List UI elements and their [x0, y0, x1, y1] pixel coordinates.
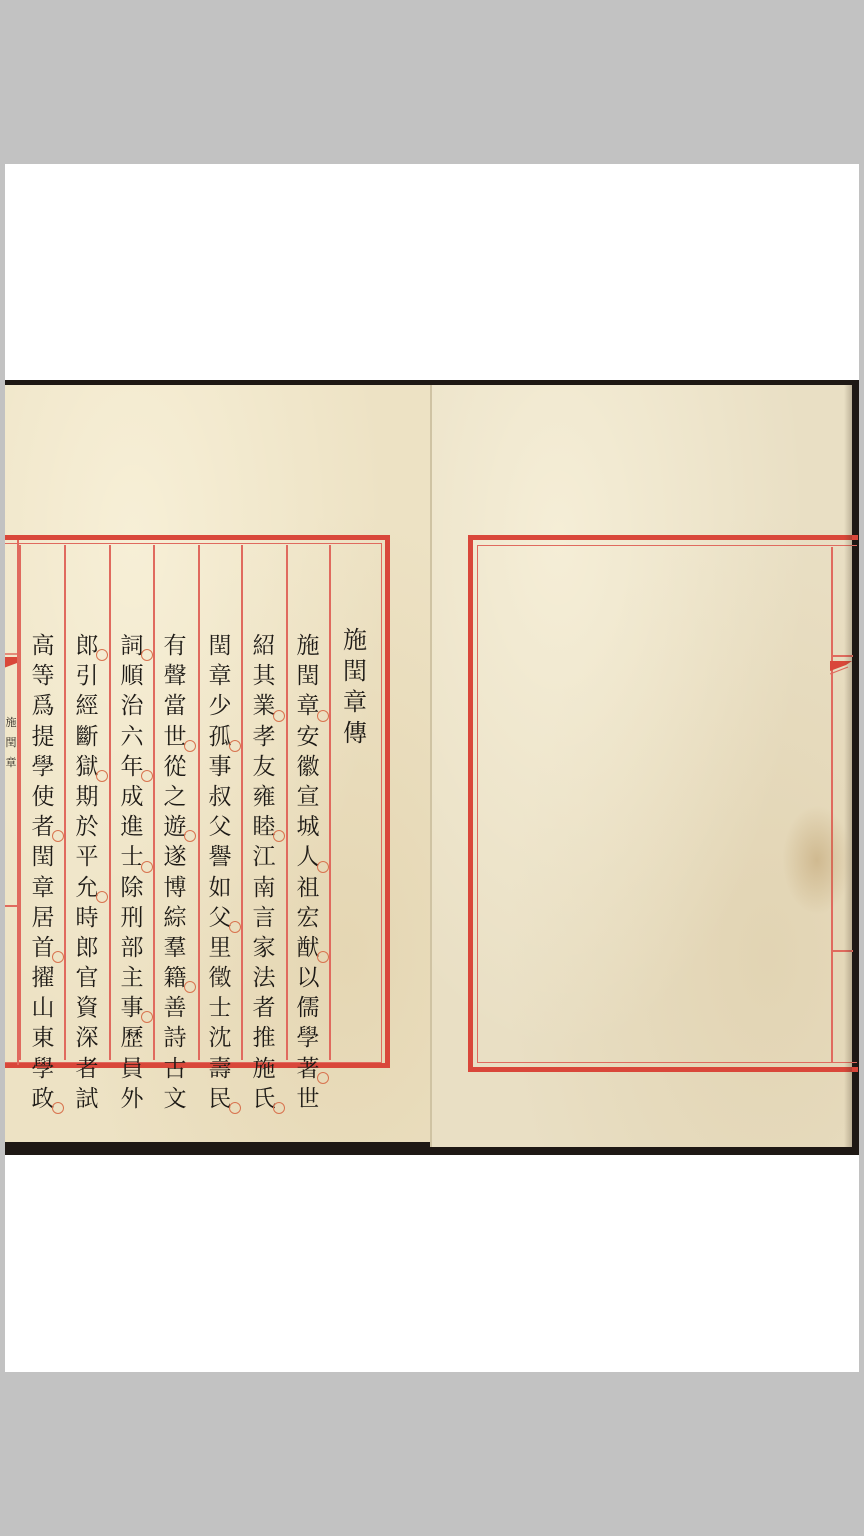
title-character: 施: [343, 625, 367, 656]
text-character: 員: [121, 1054, 144, 1084]
text-character: 順: [121, 661, 144, 691]
text-character: 閏: [209, 631, 232, 661]
text-character: 學: [32, 752, 55, 782]
text-character: 有: [164, 631, 187, 661]
right-page-inner-border: [477, 545, 857, 1063]
punctuation-circle-icon: [317, 861, 329, 873]
text-column: 高等爲提學使者閏章居首擢山東學政: [23, 631, 63, 1114]
text-character: 刑: [121, 903, 144, 933]
text-character: 世: [297, 1084, 320, 1114]
text-character: 當: [164, 691, 187, 721]
text-character: 士: [209, 993, 232, 1023]
title-column: 施閏章傳: [335, 625, 375, 749]
left-page: 施閏章 施閏章傳施閏章安徽宣城人祖宏猷以儒學著世紹其業孝友雍睦江南言家法者推施氏…: [5, 385, 433, 1142]
text-character: 友: [253, 752, 276, 782]
punctuation-circle-icon: [96, 649, 108, 661]
text-character: 宏: [297, 903, 320, 933]
punctuation-circle-icon: [317, 1072, 329, 1084]
text-character: 六: [121, 722, 144, 752]
title-character: 傳: [343, 718, 367, 749]
text-character: 詩: [164, 1023, 187, 1053]
title-character: 章: [343, 687, 367, 718]
text-character: 主: [121, 963, 144, 993]
punctuation-circle-icon: [96, 770, 108, 782]
text-character: 宣: [297, 782, 320, 812]
text-character: 言: [253, 903, 276, 933]
text-character: 外: [121, 1084, 144, 1114]
left-margin-crossrule: [5, 905, 18, 907]
text-character: 推: [253, 1023, 276, 1053]
text-character: 士: [121, 842, 144, 872]
text-character: 者: [76, 1054, 99, 1084]
paper-stain: [782, 805, 852, 915]
text-character: 部: [121, 933, 144, 963]
text-character: 猷: [297, 933, 320, 963]
right-page: [430, 385, 852, 1147]
text-character: 獄: [76, 752, 99, 782]
right-margin-rule: [831, 547, 833, 1062]
text-character: 山: [32, 993, 55, 1023]
text-character: 章: [209, 661, 232, 691]
text-character: 善: [164, 993, 187, 1023]
punctuation-circle-icon: [141, 1011, 153, 1023]
text-character: 於: [76, 812, 99, 842]
text-character: 施: [253, 1054, 276, 1084]
text-character: 除: [121, 873, 144, 903]
punctuation-circle-icon: [229, 1102, 241, 1114]
text-character: 詞: [121, 631, 144, 661]
text-character: 著: [297, 1054, 320, 1084]
text-character: 進: [121, 812, 144, 842]
text-character: 少: [209, 691, 232, 721]
text-character: 治: [121, 691, 144, 721]
text-character: 擢: [32, 963, 55, 993]
column-rule: [109, 545, 111, 1060]
text-column: 郎引經斷獄期於平允時郎官資深者試: [67, 631, 107, 1114]
text-character: 居: [32, 903, 55, 933]
text-character: 高: [32, 631, 55, 661]
text-character: 學: [297, 1023, 320, 1053]
text-character: 平: [76, 842, 99, 872]
text-character: 官: [76, 963, 99, 993]
text-character: 沈: [209, 1023, 232, 1053]
text-character: 城: [297, 812, 320, 842]
punctuation-circle-icon: [52, 951, 64, 963]
text-character: 提: [32, 722, 55, 752]
text-character: 章: [32, 873, 55, 903]
text-character: 紹: [253, 631, 276, 661]
text-character: 父: [209, 903, 232, 933]
text-character: 事: [209, 752, 232, 782]
text-column: 紹其業孝友雍睦江南言家法者推施氏: [244, 631, 284, 1114]
text-character: 施: [297, 631, 320, 661]
punctuation-circle-icon: [52, 1102, 64, 1114]
text-character: 祖: [297, 873, 320, 903]
text-character: 深: [76, 1023, 99, 1053]
text-character: 使: [32, 782, 55, 812]
text-character: 綜: [164, 903, 187, 933]
text-column: 詞順治六年成進士除刑部主事歷員外: [112, 631, 152, 1114]
punctuation-circle-icon: [317, 951, 329, 963]
text-character: 籍: [164, 963, 187, 993]
text-character: 儒: [297, 993, 320, 1023]
column-rule: [329, 545, 331, 1060]
text-character: 雍: [253, 782, 276, 812]
text-character: 江: [253, 842, 276, 872]
text-character: 斷: [76, 722, 99, 752]
text-character: 成: [121, 782, 144, 812]
text-character: 父: [209, 812, 232, 842]
text-character: 其: [253, 661, 276, 691]
text-character: 徽: [297, 752, 320, 782]
text-character: 羣: [164, 933, 187, 963]
punctuation-circle-icon: [184, 830, 196, 842]
text-character: 以: [297, 963, 320, 993]
text-character: 法: [253, 963, 276, 993]
text-character: 睦: [253, 812, 276, 842]
text-character: 業: [253, 691, 276, 721]
punctuation-circle-icon: [273, 830, 285, 842]
text-character: 壽: [209, 1054, 232, 1084]
punctuation-circle-icon: [141, 770, 153, 782]
text-character: 政: [32, 1084, 55, 1114]
text-character: 閏: [32, 842, 55, 872]
punctuation-circle-icon: [229, 921, 241, 933]
text-character: 東: [32, 1023, 55, 1053]
text-character: 閏: [297, 661, 320, 691]
text-character: 郎: [76, 631, 99, 661]
text-character: 遊: [164, 812, 187, 842]
punctuation-circle-icon: [184, 740, 196, 752]
text-character: 學: [32, 1054, 55, 1084]
punctuation-circle-icon: [52, 830, 64, 842]
title-character: 閏: [343, 656, 367, 687]
text-character: 氏: [253, 1084, 276, 1114]
punctuation-circle-icon: [317, 710, 329, 722]
scanned-book-spread: 施閏章 施閏章傳施閏章安徽宣城人祖宏猷以儒學著世紹其業孝友雍睦江南言家法者推施氏…: [5, 380, 859, 1155]
column-rule: [19, 545, 21, 1060]
column-rule: [64, 545, 66, 1060]
text-character: 之: [164, 782, 187, 812]
text-character: 爲: [32, 691, 55, 721]
punctuation-circle-icon: [141, 861, 153, 873]
margin-label: 施閏章: [5, 713, 20, 773]
text-character: 人: [297, 842, 320, 872]
text-character: 安: [297, 722, 320, 752]
punctuation-circle-icon: [229, 740, 241, 752]
text-column: 有聲當世從之遊遂博綜羣籍善詩古文: [155, 631, 195, 1114]
punctuation-circle-icon: [273, 710, 285, 722]
text-character: 孤: [209, 722, 232, 752]
margin-character: 閏: [6, 733, 17, 753]
text-character: 引: [76, 661, 99, 691]
text-character: 經: [76, 691, 99, 721]
text-character: 者: [253, 993, 276, 1023]
text-character: 期: [76, 782, 99, 812]
text-character: 允: [76, 873, 99, 903]
text-character: 時: [76, 903, 99, 933]
text-character: 家: [253, 933, 276, 963]
punctuation-circle-icon: [96, 891, 108, 903]
text-character: 世: [164, 722, 187, 752]
text-character: 章: [297, 691, 320, 721]
text-character: 首: [32, 933, 55, 963]
text-character: 譽: [209, 842, 232, 872]
text-column: 閏章少孤事叔父譽如父里徵士沈壽民: [200, 631, 240, 1114]
text-character: 民: [209, 1084, 232, 1114]
text-character: 等: [32, 661, 55, 691]
text-character: 古: [164, 1054, 187, 1084]
text-character: 者: [32, 812, 55, 842]
text-character: 叔: [209, 782, 232, 812]
text-character: 聲: [164, 661, 187, 691]
text-character: 事: [121, 993, 144, 1023]
text-character: 從: [164, 752, 187, 782]
margin-character: 章: [6, 753, 17, 773]
text-character: 試: [76, 1084, 99, 1114]
text-character: 如: [209, 873, 232, 903]
text-character: 文: [164, 1084, 187, 1114]
text-character: 遂: [164, 842, 187, 872]
text-character: 徵: [209, 963, 232, 993]
text-character: 歷: [121, 1023, 144, 1053]
punctuation-circle-icon: [141, 649, 153, 661]
text-character: 年: [121, 752, 144, 782]
text-character: 南: [253, 873, 276, 903]
punctuation-circle-icon: [273, 1102, 285, 1114]
punctuation-circle-icon: [184, 981, 196, 993]
margin-character: 施: [6, 713, 17, 733]
text-character: 郎: [76, 933, 99, 963]
text-column: 施閏章安徽宣城人祖宏猷以儒學著世: [288, 631, 328, 1114]
text-character: 資: [76, 993, 99, 1023]
text-character: 里: [209, 933, 232, 963]
column-rule: [241, 545, 243, 1060]
page-edge-shadow: [844, 385, 852, 1147]
text-character: 博: [164, 873, 187, 903]
text-character: 孝: [253, 722, 276, 752]
